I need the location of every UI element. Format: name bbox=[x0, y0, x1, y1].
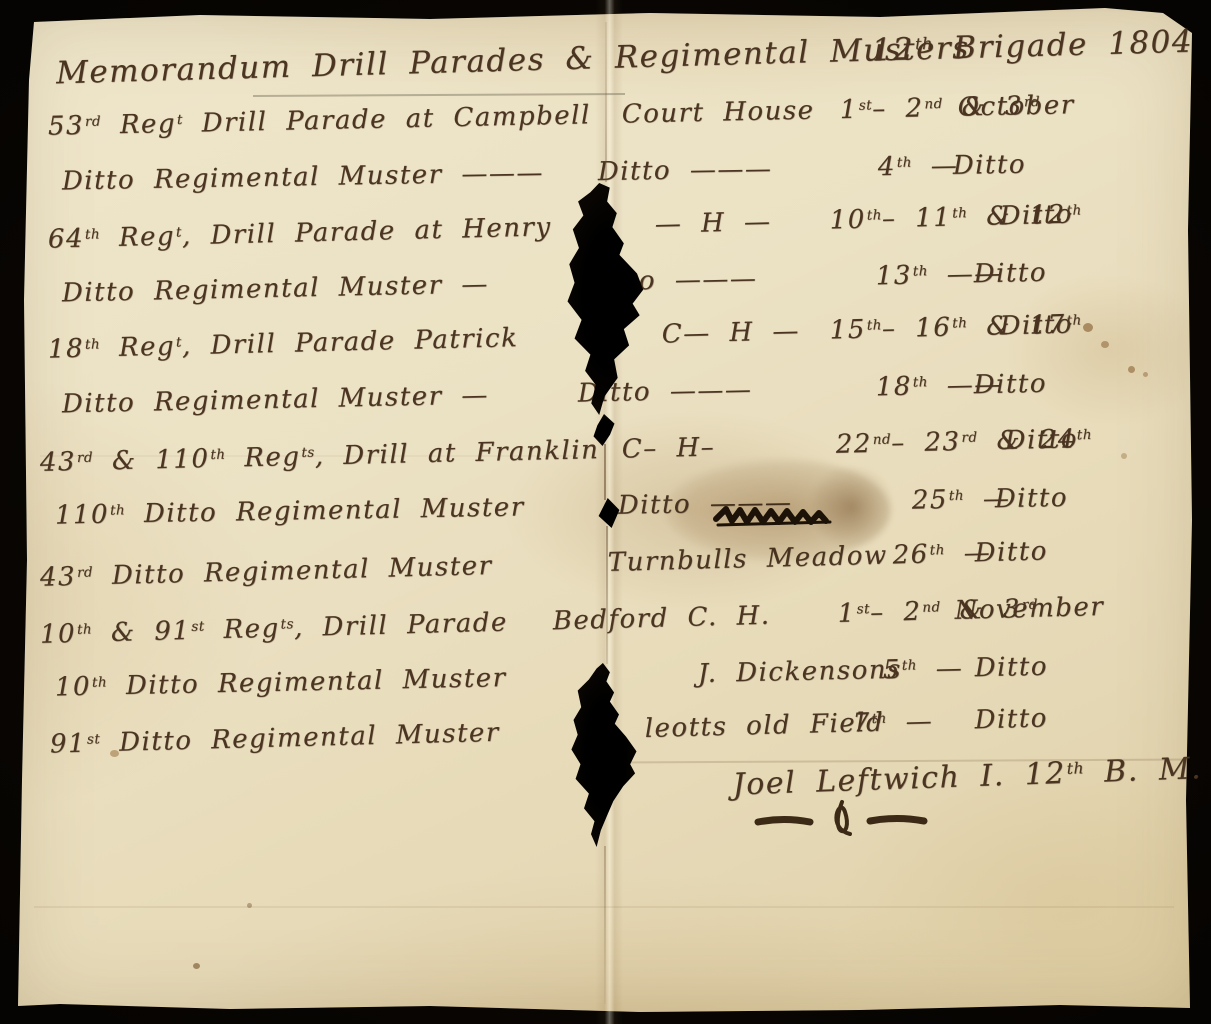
segment-place: Court House bbox=[622, 96, 815, 130]
signature-flourish bbox=[750, 798, 935, 840]
segment-place: C— H — bbox=[661, 316, 800, 349]
segment-place: — H — bbox=[654, 207, 771, 240]
segment-month: Ditto bbox=[974, 703, 1048, 735]
tear-line bbox=[606, 526, 608, 664]
foxing-speck bbox=[1128, 366, 1135, 373]
segment-month: Ditto bbox=[1004, 424, 1078, 456]
segment-month: Ditto bbox=[974, 536, 1048, 568]
foxing-speck bbox=[1101, 341, 1109, 348]
title-text: 12th Brigade 1804 bbox=[871, 24, 1193, 69]
segment-days: 4th — bbox=[878, 151, 959, 182]
scanned-document: Memorandum Drill Parades & Regimental Mu… bbox=[0, 0, 1211, 1024]
foxing-speck bbox=[247, 903, 252, 908]
segment-place: Bedford C. H. bbox=[552, 601, 770, 637]
segment-place: Turnbulls Meadow bbox=[607, 541, 888, 578]
segment-month: Ditto bbox=[999, 310, 1073, 342]
segment-month: October bbox=[957, 90, 1075, 122]
foxing-speck bbox=[193, 963, 200, 969]
foxing-speck bbox=[1121, 453, 1127, 459]
ink-scribble bbox=[712, 501, 837, 531]
tear-line bbox=[604, 846, 606, 1004]
tear-line bbox=[605, 22, 607, 182]
tear-line bbox=[604, 444, 606, 500]
foxing-speck bbox=[1083, 323, 1093, 332]
segment-month: Ditto bbox=[999, 200, 1073, 232]
segment-place: C– H– bbox=[621, 433, 715, 465]
segment-place: leotts old Field bbox=[644, 708, 884, 744]
segment-month: Ditto bbox=[953, 150, 1027, 181]
foxing-speck bbox=[110, 750, 119, 757]
segment-place: J. Dickensons bbox=[697, 655, 902, 689]
segment-days: 7th — bbox=[852, 706, 933, 738]
segment-month: Ditto bbox=[973, 369, 1047, 401]
segment-month: November bbox=[954, 592, 1104, 626]
segment-month: Ditto bbox=[973, 258, 1047, 290]
segment-place: Ditto ——— bbox=[598, 154, 773, 187]
segment-month: Ditto bbox=[974, 652, 1048, 684]
segment-month: Ditto bbox=[995, 483, 1069, 514]
foxing-speck bbox=[1143, 372, 1148, 377]
segment-days: 5th — bbox=[882, 654, 963, 686]
